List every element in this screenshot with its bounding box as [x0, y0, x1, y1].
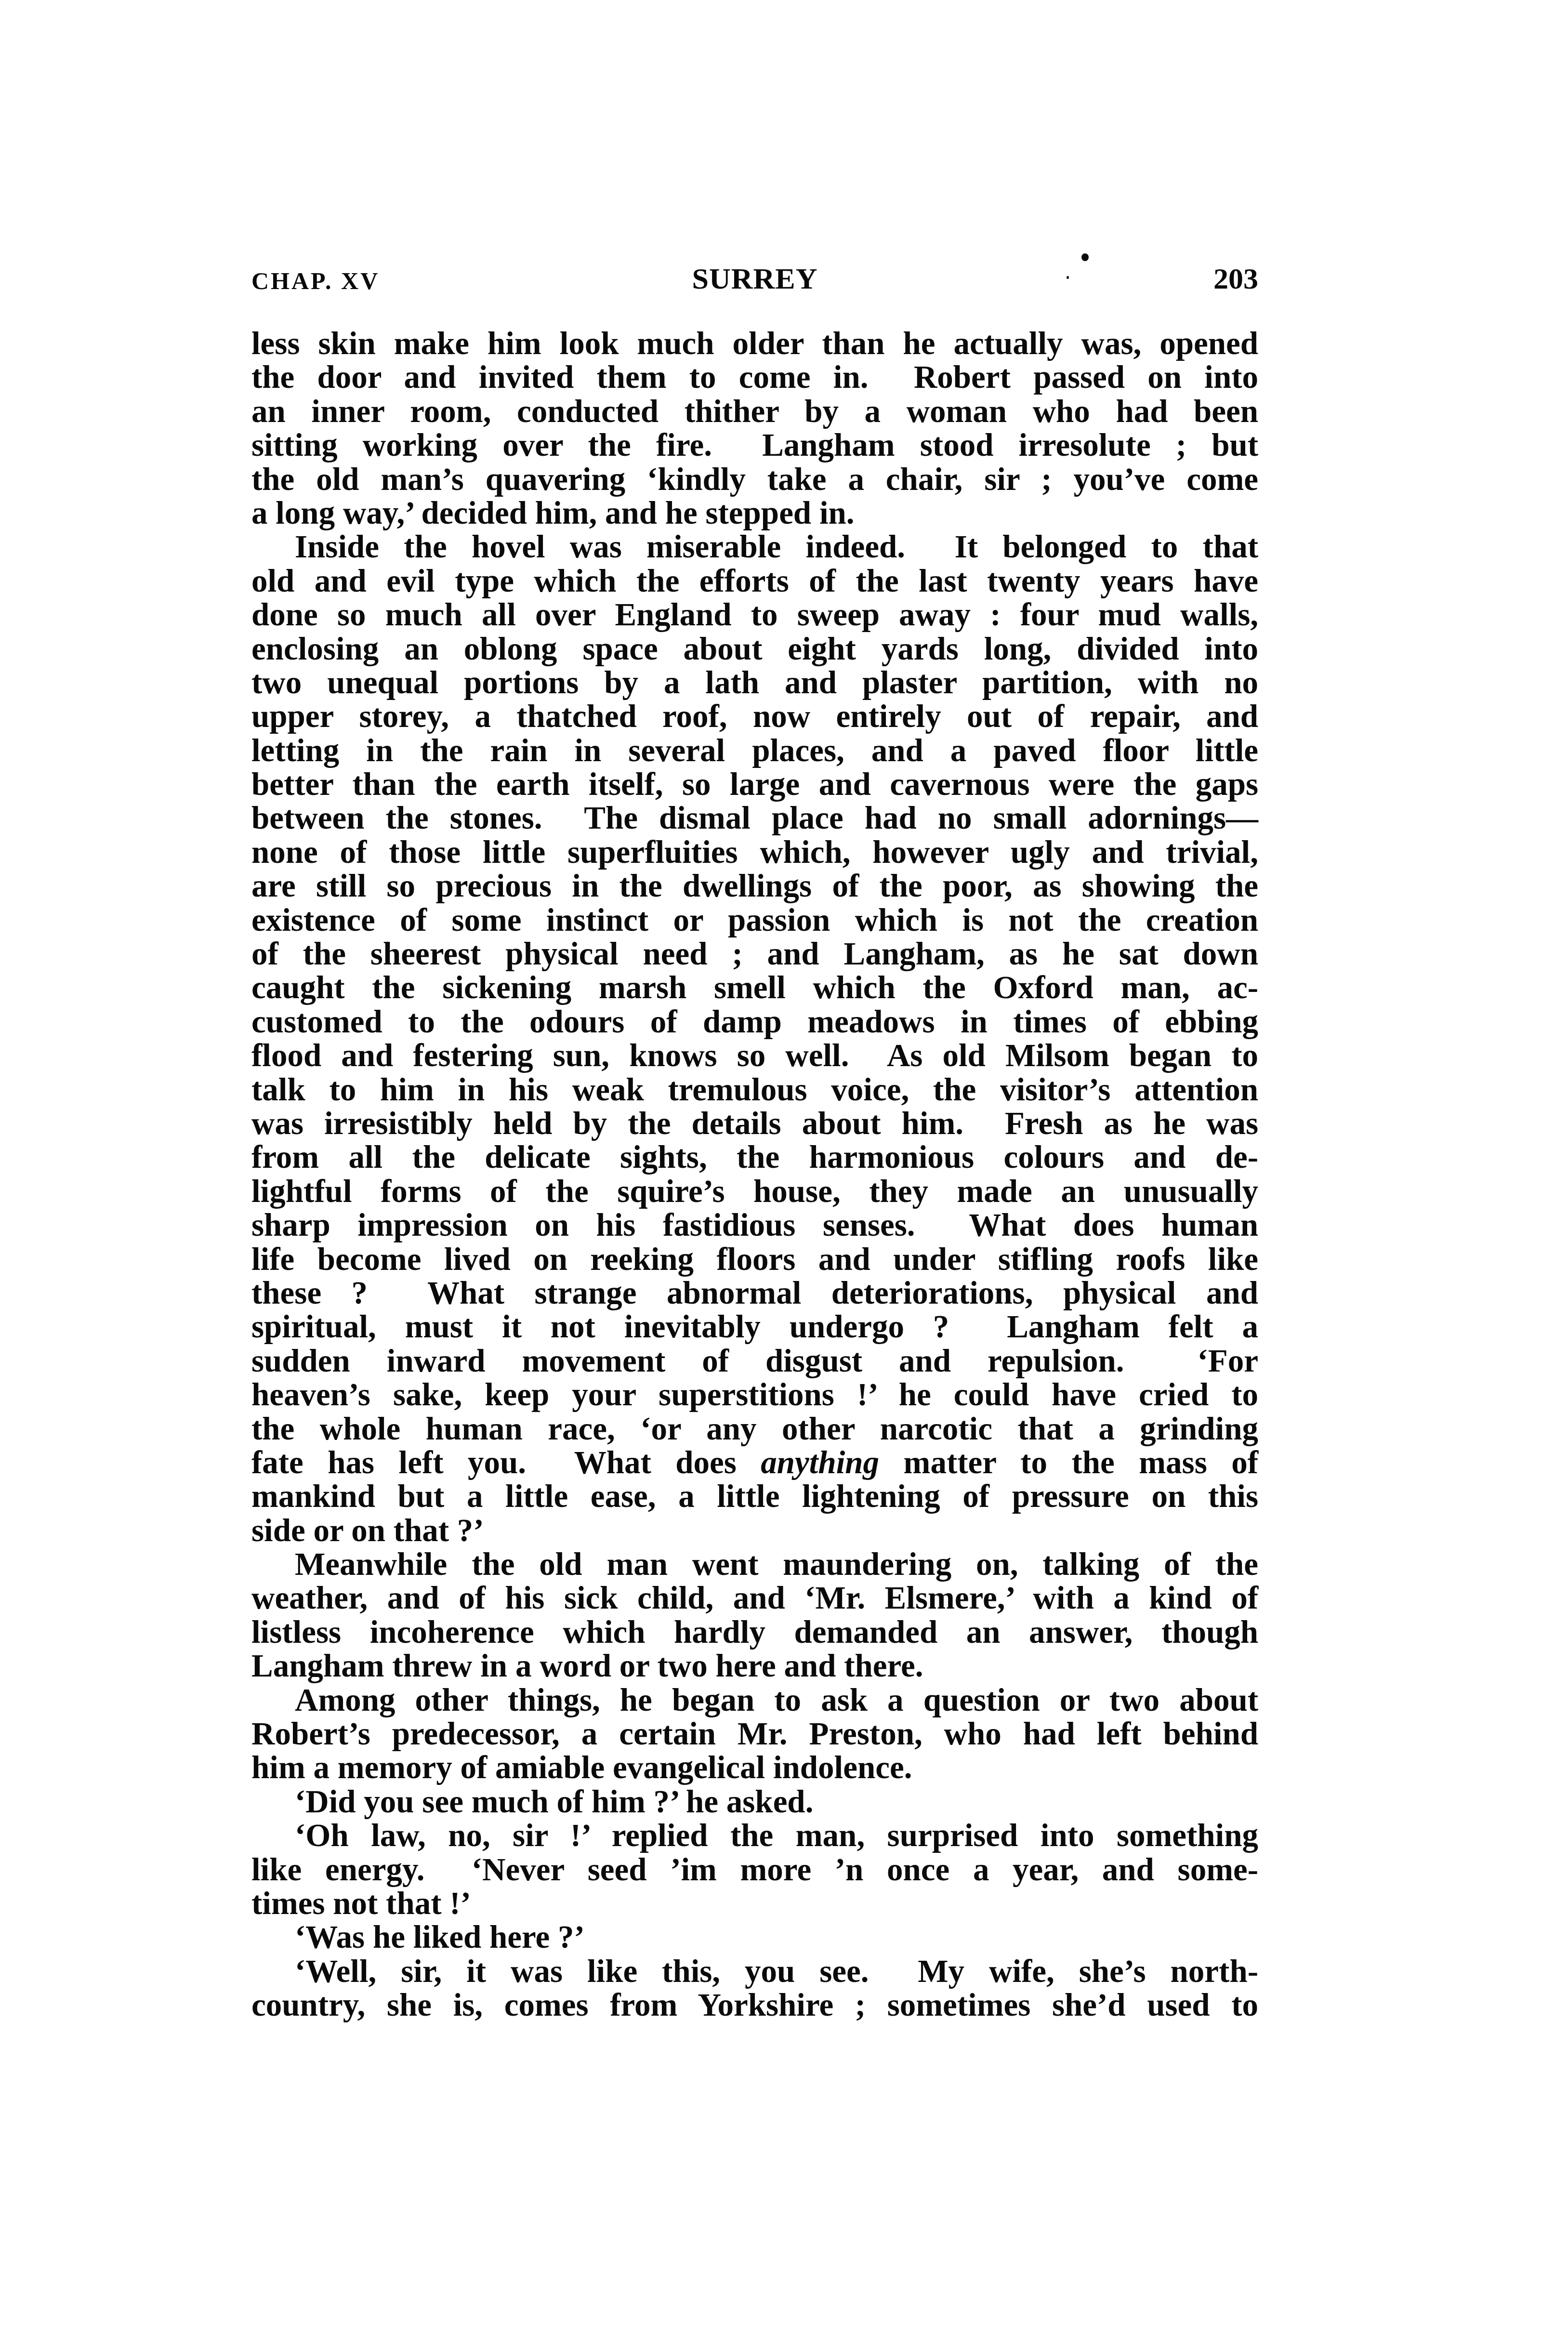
text-segment: Robert’s predecessor, a certain Mr. Pres…: [251, 1716, 1258, 1752]
text-segment: ‘Oh law, no, sir !’ replied the man, sur…: [295, 1818, 1258, 1853]
text-line: weather, and of his sick child, and ‘Mr.…: [251, 1581, 1258, 1615]
text-line: spiritual, must it not inevitably underg…: [251, 1310, 1258, 1344]
text-line: talk to him in his weak tremulous voice,…: [251, 1073, 1258, 1107]
text-line: mankind but a little ease, a little ligh…: [251, 1479, 1258, 1513]
text-segment: Inside the hovel was miserable indeed. I…: [295, 529, 1258, 565]
text-line: of the sheerest physical need ; and Lang…: [251, 937, 1258, 971]
text-segment: life become lived on reeking floors and …: [251, 1241, 1258, 1277]
text-line: side or on that ?’: [251, 1514, 1258, 1547]
text-line: Among other things, he began to ask a qu…: [251, 1683, 1258, 1717]
text-segment: an inner room, conducted thither by a wo…: [251, 394, 1258, 429]
text-segment: ‘Well, sir, it was like this, you see. M…: [295, 1954, 1258, 1989]
text-line: the old man’s quavering ‘kindly take a c…: [251, 462, 1258, 496]
text-segment: better than the earth itself, so large a…: [251, 766, 1258, 802]
text-segment: lightful forms of the squire’s house, th…: [251, 1174, 1258, 1209]
text-segment: enclosing an oblong space about eight ya…: [251, 631, 1258, 667]
text-segment: Among other things, he began to ask a qu…: [295, 1682, 1258, 1718]
text-segment: him a memory of amiable evangelical indo…: [251, 1750, 912, 1785]
text-line: Robert’s predecessor, a certain Mr. Pres…: [251, 1717, 1258, 1751]
text-segment: mankind but a little ease, a little ligh…: [251, 1479, 1258, 1514]
text-line: ‘Oh law, no, sir !’ replied the man, sur…: [251, 1819, 1258, 1852]
text-line: these ? What strange abnormal deteriorat…: [251, 1276, 1258, 1310]
text-line: listless incoherence which hardly demand…: [251, 1615, 1258, 1649]
text-line: was irresistibly held by the details abo…: [251, 1107, 1258, 1140]
text-segment: the old man’s quavering ‘kindly take a c…: [251, 462, 1258, 497]
text-segment: between the stones. The dismal place had…: [251, 800, 1258, 836]
text-segment: from all the delicate sights, the harmon…: [251, 1139, 1258, 1175]
text-segment: customed to the odours of damp meadows i…: [251, 1004, 1258, 1040]
emphasis-text: anything: [761, 1445, 879, 1480]
text-segment: weather, and of his sick child, and ‘Mr.…: [251, 1580, 1258, 1616]
text-line: Langham threw in a word or two here and …: [251, 1649, 1258, 1683]
text-segment: listless incoherence which hardly demand…: [251, 1614, 1258, 1650]
text-segment: heaven’s sake, keep your superstitions !…: [251, 1377, 1258, 1413]
text-line: the whole human race, ‘or any other narc…: [251, 1412, 1258, 1446]
text-segment: Meanwhile the old man went maundering on…: [295, 1546, 1258, 1582]
text-line: sudden inward movement of disgust and re…: [251, 1344, 1258, 1378]
text-segment: caught the sickening marsh smell which t…: [251, 970, 1258, 1005]
text-line: are still so precious in the dwellings o…: [251, 869, 1258, 903]
text-segment: talk to him in his weak tremulous voice,…: [251, 1072, 1258, 1108]
text-segment: upper storey, a thatched roof, now entir…: [251, 699, 1258, 734]
text-line: from all the delicate sights, the harmon…: [251, 1140, 1258, 1174]
page-number: 203: [1213, 264, 1258, 294]
text-segment: sharp impression on his fastidious sense…: [251, 1207, 1258, 1243]
scan-speck: [1081, 253, 1089, 261]
text-line: country, she is, comes from Yorkshire ; …: [251, 1988, 1258, 2022]
text-segment: matter to the mass of: [879, 1445, 1258, 1480]
text-line: between the stones. The dismal place had…: [251, 801, 1258, 835]
text-segment: sudden inward movement of disgust and re…: [251, 1343, 1258, 1379]
text-line: better than the earth itself, so large a…: [251, 767, 1258, 801]
text-line: him a memory of amiable evangelical indo…: [251, 1751, 1258, 1784]
text-line: a long way,’ decided him, and he stepped…: [251, 496, 1258, 530]
text-segment: Langham threw in a word or two here and …: [251, 1648, 923, 1684]
text-segment: ‘Was he liked here ?’: [295, 1919, 585, 1955]
text-line: an inner room, conducted thither by a wo…: [251, 395, 1258, 428]
text-segment: flood and festering sun, knows so well. …: [251, 1038, 1258, 1073]
text-segment: fate has left you. What does: [251, 1445, 761, 1480]
running-title: SURREY: [251, 264, 1258, 294]
text-line: ‘Well, sir, it was like this, you see. M…: [251, 1954, 1258, 1988]
text-segment: these ? What strange abnormal deteriorat…: [251, 1275, 1258, 1311]
text-line: ‘Did you see much of him ?’ he asked.: [251, 1785, 1258, 1819]
running-head: CHAP. XV SURREY 203: [251, 264, 1258, 293]
body-text: less skin make him look much older than …: [251, 327, 1258, 2022]
text-line: old and evil type which the efforts of t…: [251, 564, 1258, 598]
text-line: fate has left you. What does anything ma…: [251, 1446, 1258, 1479]
text-line: life become lived on reeking floors and …: [251, 1242, 1258, 1276]
text-line: none of those little superfluities which…: [251, 835, 1258, 869]
text-line: Meanwhile the old man went maundering on…: [251, 1547, 1258, 1581]
text-line: lightful forms of the squire’s house, th…: [251, 1175, 1258, 1208]
text-line: customed to the odours of damp meadows i…: [251, 1005, 1258, 1039]
text-line: less skin make him look much older than …: [251, 327, 1258, 360]
text-line: caught the sickening marsh smell which t…: [251, 971, 1258, 1004]
text-line: sitting working over the fire. Langham s…: [251, 428, 1258, 462]
text-segment: letting in the rain in several places, a…: [251, 733, 1258, 768]
text-line: letting in the rain in several places, a…: [251, 734, 1258, 767]
text-line: sharp impression on his fastidious sense…: [251, 1208, 1258, 1242]
text-segment: spiritual, must it not inevitably underg…: [251, 1309, 1258, 1345]
text-line: existence of some instinct or passion wh…: [251, 903, 1258, 937]
text-segment: existence of some instinct or passion wh…: [251, 902, 1258, 938]
text-segment: done so much all over England to sweep a…: [251, 597, 1258, 633]
text-line: ‘Was he liked here ?’: [251, 1920, 1258, 1954]
text-line: flood and festering sun, knows so well. …: [251, 1039, 1258, 1072]
text-segment: of the sheerest physical need ; and Lang…: [251, 936, 1258, 972]
text-segment: side or on that ?’: [251, 1513, 484, 1548]
text-segment: country, she is, comes from Yorkshire ; …: [251, 1987, 1258, 2023]
text-line: heaven’s sake, keep your superstitions !…: [251, 1378, 1258, 1412]
text-segment: like energy. ‘Never seed ’im more ’n onc…: [251, 1852, 1258, 1888]
text-segment: are still so precious in the dwellings o…: [251, 868, 1258, 904]
text-line: Inside the hovel was miserable indeed. I…: [251, 530, 1258, 564]
text-segment: the door and invited them to come in. Ro…: [251, 359, 1258, 395]
text-line: times not that !’: [251, 1887, 1258, 1920]
book-page: CHAP. XV SURREY 203 less skin make him l…: [0, 0, 1568, 2350]
text-segment: old and evil type which the efforts of t…: [251, 563, 1258, 599]
scan-speck: [1067, 276, 1069, 279]
text-segment: ‘Did you see much of him ?’ he asked.: [295, 1784, 813, 1820]
text-line: two unequal portions by a lath and plast…: [251, 666, 1258, 700]
text-line: enclosing an oblong space about eight ya…: [251, 632, 1258, 666]
text-line: done so much all over England to sweep a…: [251, 598, 1258, 632]
text-line: upper storey, a thatched roof, now entir…: [251, 700, 1258, 733]
text-line: the door and invited them to come in. Ro…: [251, 360, 1258, 394]
text-segment: none of those little superfluities which…: [251, 834, 1258, 870]
text-segment: less skin make him look much older than …: [251, 326, 1258, 361]
text-segment: times not that !’: [251, 1886, 471, 1921]
text-segment: a long way,’ decided him, and he stepped…: [251, 495, 855, 531]
text-segment: sitting working over the fire. Langham s…: [251, 427, 1258, 463]
text-segment: the whole human race, ‘or any other narc…: [251, 1411, 1258, 1447]
text-segment: was irresistibly held by the details abo…: [251, 1106, 1258, 1141]
text-segment: two unequal portions by a lath and plast…: [251, 665, 1258, 700]
text-line: like energy. ‘Never seed ’im more ’n onc…: [251, 1853, 1258, 1887]
